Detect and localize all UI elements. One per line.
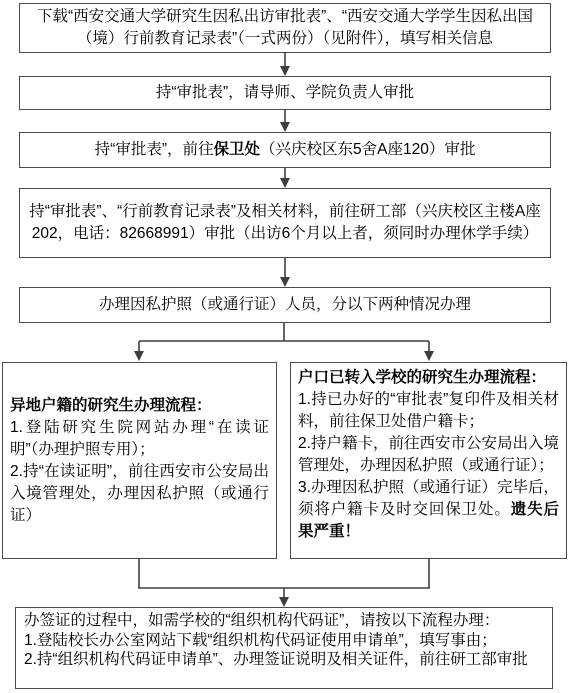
branch-right-box: 户口已转入学校的研究生办理流程： 1.持已办好的“审批表”复印件及相关材料，前往… <box>290 362 567 559</box>
branch-right-item-3: 3.办理因私护照（或通行证）完毕后，须将户籍卡及时交回保卫处。遗失后果严重！ <box>298 477 559 543</box>
flow-step-3: 持“审批表”，前往保卫处（兴庆校区东5舍A座120）审批 <box>19 132 551 168</box>
footer-intro: 办签证的过程中，如需学校的“组织机构代码证”，请按以下流程办理： <box>24 611 546 631</box>
branch-left-item-1: 1.登陆研究生院网站办理“在读证明”（办理护照专用）； <box>10 417 269 461</box>
flow-step-1-text: 下载“西安交通大学研究生因私出访审批表”、“西安交通大学学生因私出国（境）行前教… <box>26 6 544 50</box>
flow-step-5-text: 办理因私护照（或通行证）人员，分以下两种情况办理 <box>99 294 471 316</box>
flow-step-5: 办理因私护照（或通行证）人员，分以下两种情况办理 <box>19 287 551 323</box>
flow-step-2-text: 持“审批表”，请导师、学院负责人审批 <box>156 82 414 104</box>
connector-step4-step5 <box>280 258 290 287</box>
branch-right-item-1: 1.持已办好的“审批表”复印件及相关材料，前往保卫处借户籍卡； <box>298 389 559 433</box>
flowchart-page: 下载“西安交通大学研究生因私出访审批表”、“西安交通大学学生因私出国（境）行前教… <box>0 0 568 693</box>
branch-left-title: 异地户籍的研究生办理流程： <box>10 395 269 417</box>
flow-step-2: 持“审批表”，请导师、学院负责人审批 <box>19 76 551 110</box>
footer-box: 办签证的过程中，如需学校的“组织机构代码证”，请按以下流程办理： 1.登陆校长办… <box>15 607 553 689</box>
flow-step-1: 下载“西安交通大学研究生因私出访审批表”、“西安交通大学学生因私出国（境）行前教… <box>19 3 551 53</box>
flow-step-3-bold: 保卫处 <box>213 141 260 158</box>
branch-right-item-2: 2.持户籍卡，前往西安市公安局出入境管理处，办理因私护照（或通行证）； <box>298 433 559 477</box>
connector-split <box>134 323 434 361</box>
branch-right-title: 户口已转入学校的研究生办理流程： <box>298 367 559 389</box>
flow-step-4: 持“审批表”、“行前教育记录表”及相关材料，前往研工部（兴庆校区主楼A座202，… <box>19 188 551 258</box>
connector-step1-step2 <box>280 53 290 76</box>
flow-step-3-text: 持“审批表”，前往保卫处（兴庆校区东5舍A座120）审批 <box>95 139 476 161</box>
branch-left-box: 异地户籍的研究生办理流程： 1.登陆研究生院网站办理“在读证明”（办理护照专用）… <box>2 362 277 559</box>
connector-step3-step4 <box>280 168 290 188</box>
connector-merge <box>138 559 430 607</box>
flow-step-4-text: 持“审批表”、“行前教育记录表”及相关材料，前往研工部（兴庆校区主楼A座202，… <box>26 201 544 245</box>
connector-step2-step3 <box>280 110 290 132</box>
footer-item-1: 1.登陆校长办公室网站下载“组织机构代码证使用申请单”，填写事由； <box>24 631 546 651</box>
branch-left-item-2: 2.持“在读证明”，前往西安市公安局出入境管理处，办理因私护照（或通行证） <box>10 461 269 527</box>
footer-item-2: 2.持“组织机构代码证申请单”、办理签证说明及相关证件，前往研工部审批 <box>24 650 546 670</box>
